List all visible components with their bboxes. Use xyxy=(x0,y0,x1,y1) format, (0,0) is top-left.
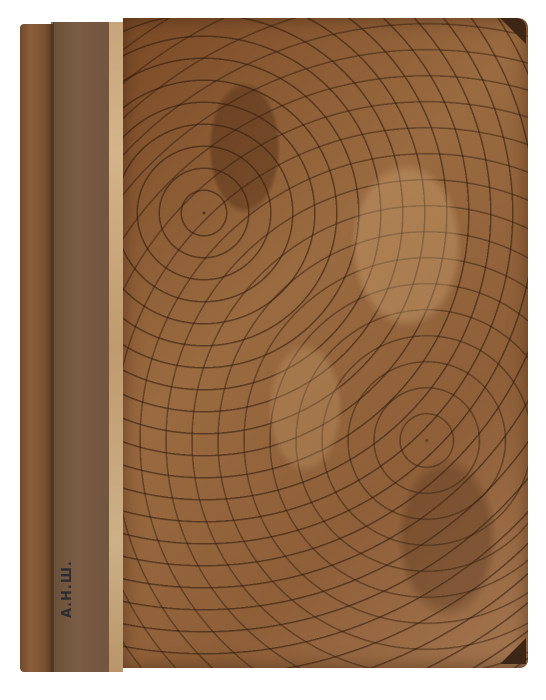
book: А.Н.Ш. xyxy=(20,18,530,672)
spine-edge xyxy=(20,24,53,672)
marbled-cover xyxy=(123,18,528,668)
worn-corner-top-right xyxy=(500,18,526,44)
worn-corner-bottom-right xyxy=(500,638,526,664)
paper-strip xyxy=(109,22,123,672)
spine-label: А.Н.Ш. xyxy=(60,558,75,618)
spine-groove xyxy=(51,22,54,672)
